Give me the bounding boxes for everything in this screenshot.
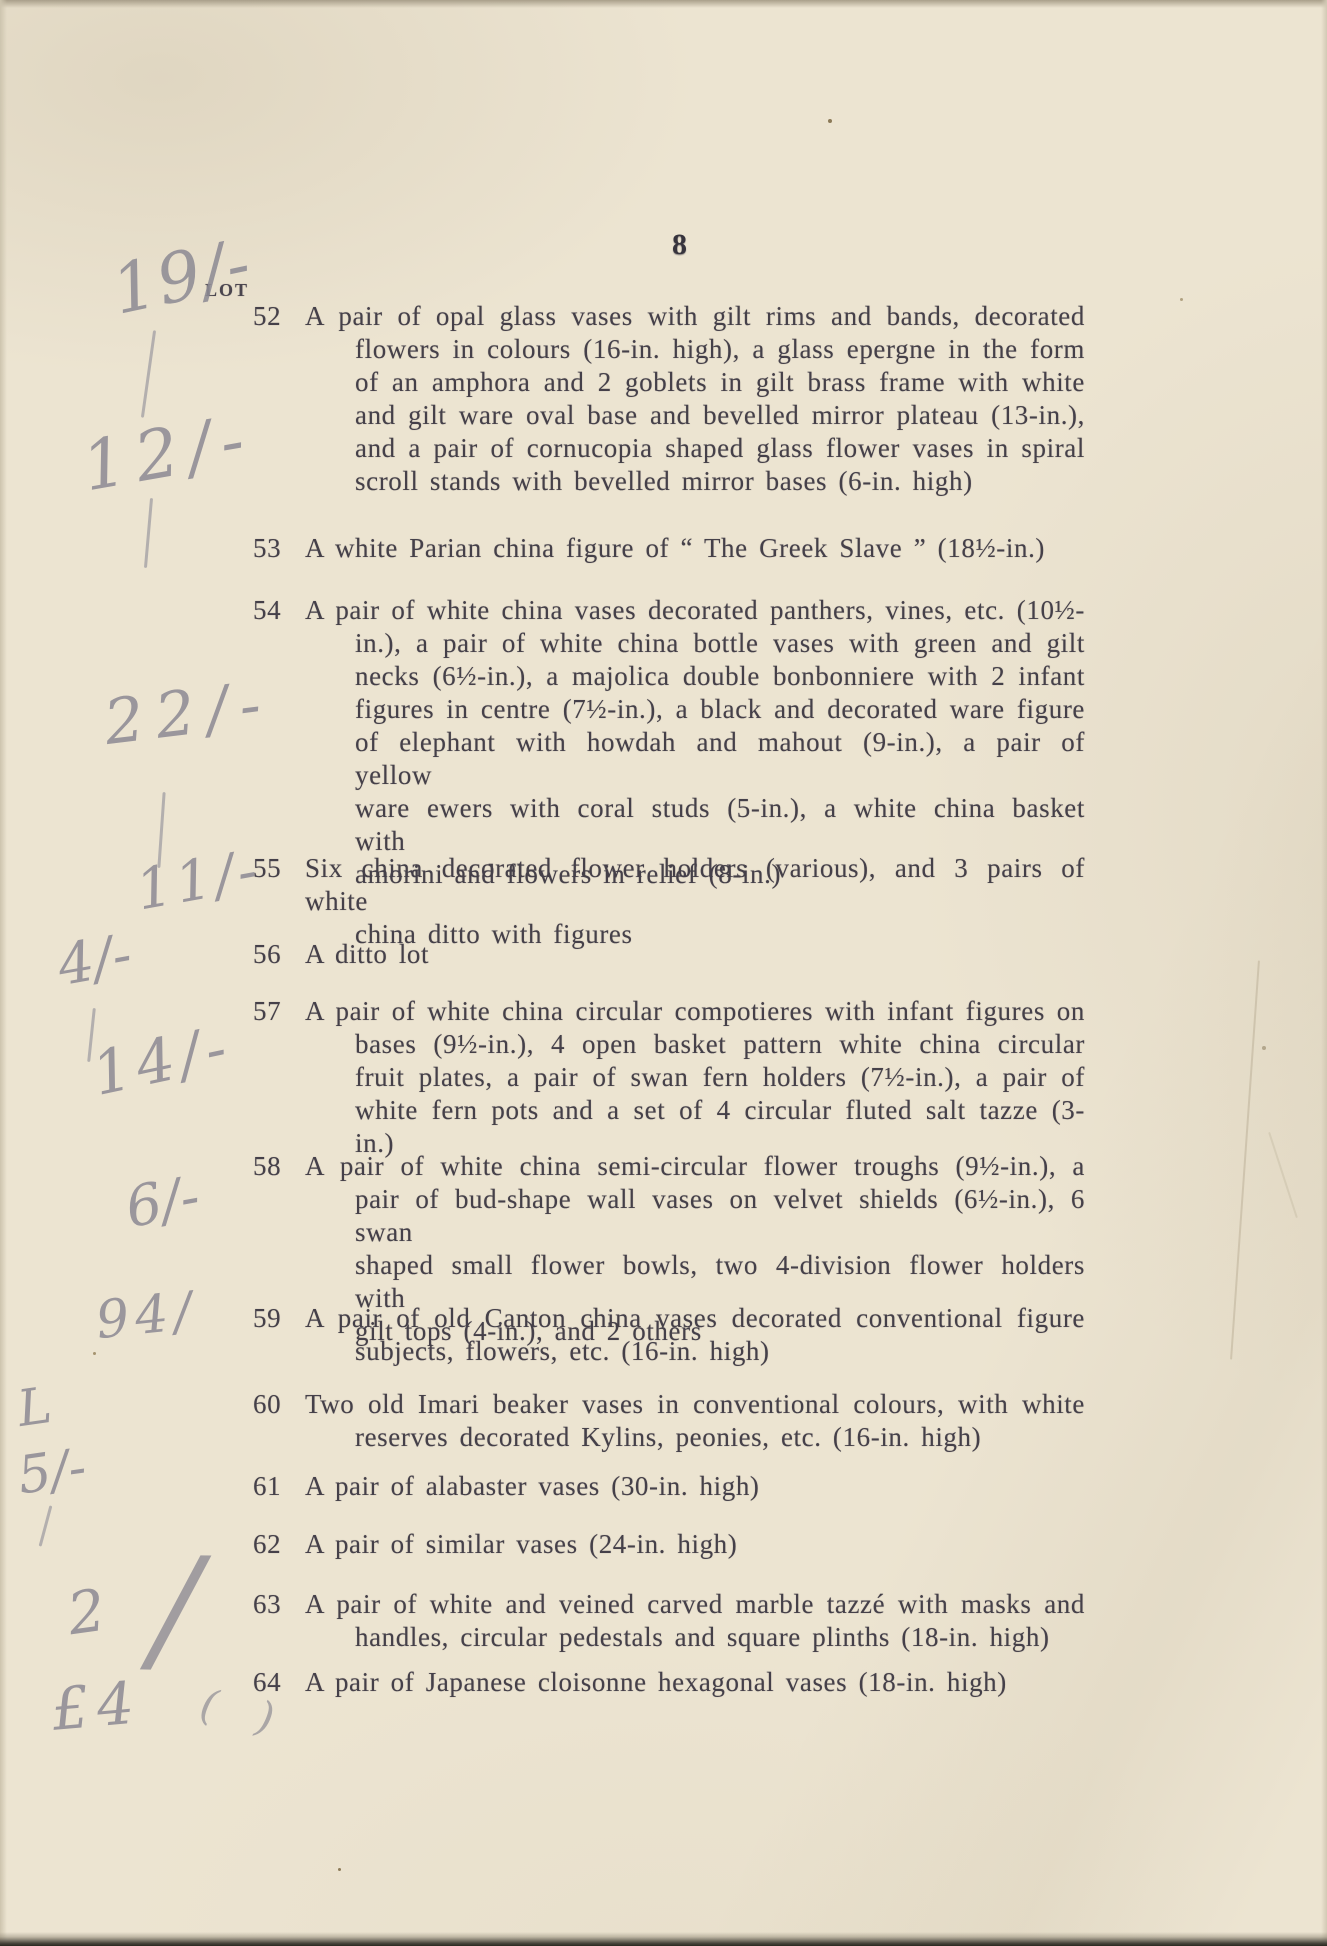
lot-text-line: figures in centre (7½-in.), a black and … — [355, 693, 1085, 726]
lot-number: 54 — [253, 594, 299, 627]
lot-entry-57: 57 A pair of white china circular compot… — [305, 995, 1085, 1160]
lot-entry-62: 62 A pair of similar vases (24-in. high) — [305, 1528, 1085, 1561]
page-edge-top — [0, 0, 1327, 8]
foxing-speck — [93, 1352, 96, 1355]
page-edge-left — [0, 0, 7, 1946]
pencil-price-annotation: 11/- — [131, 838, 265, 924]
foxing-speck — [1180, 298, 1183, 301]
lot-text-line: necks (6½-in.), a majolica double bonbon… — [355, 660, 1085, 693]
foxing-speck — [1262, 1046, 1266, 1050]
pencil-price-annotation: 6/- — [121, 1164, 205, 1241]
lot-text-line: in.), a pair of white china bottle vases… — [355, 627, 1085, 660]
lot-text-line: A pair of similar vases (24-in. high) — [305, 1528, 1085, 1561]
lot-entry-61: 61 A pair of alabaster vases (30-in. hig… — [305, 1470, 1085, 1503]
lot-entry-52: 52 A pair of opal glass vases with gilt … — [305, 300, 1085, 498]
lot-entry-63: 63 A pair of white and veined carved mar… — [305, 1588, 1085, 1654]
lot-number: 60 — [253, 1388, 299, 1421]
lot-text-line: and gilt ware oval base and bevelled mir… — [355, 399, 1085, 432]
lot-text-line: A pair of opal glass vases with gilt rim… — [305, 300, 1085, 333]
pencil-price-annotation: 4/- — [53, 922, 137, 999]
lot-text-line: of an amphora and 2 goblets in gilt bras… — [355, 366, 1085, 399]
lot-number: 57 — [253, 995, 299, 1028]
lot-text-line: ware ewers with coral studs (5-in.), a w… — [355, 792, 1085, 858]
lot-text-line: and a pair of cornucopia shaped glass fl… — [355, 432, 1085, 465]
lot-text-line: Six china decorated flower holders (vari… — [305, 852, 1085, 918]
pencil-price-annotation: 22/- — [100, 666, 276, 759]
lot-text-line: A pair of white china semi-circular flow… — [305, 1150, 1085, 1183]
lot-text-line: reserves decorated Kylins, peonies, etc.… — [355, 1421, 1085, 1454]
lot-number: 61 — [253, 1470, 299, 1503]
lot-text-line: A pair of white china vases decorated pa… — [305, 594, 1085, 627]
lot-text-line: of elephant with howdah and mahout (9-in… — [355, 726, 1085, 792]
pencil-price-annotation: 2 — [63, 1576, 109, 1648]
foxing-speck — [338, 1868, 341, 1871]
lot-entry-54: 54 A pair of white china vases decorated… — [305, 594, 1085, 891]
catalogue-page: { "page": { "page_number": "8", "column_… — [0, 0, 1327, 1946]
lot-entry-64: 64 A pair of Japanese cloisonne hexagona… — [305, 1666, 1085, 1699]
lot-text-line: fruit plates, a pair of swan fern holder… — [355, 1061, 1085, 1094]
lot-entry-59: 59 A pair of old Canton china vases deco… — [305, 1302, 1085, 1368]
foxing-speck — [828, 119, 832, 123]
lot-text-line: A white Parian china figure of “ The Gre… — [305, 532, 1085, 565]
pencil-price-annotation: £4 — [49, 1668, 144, 1744]
lot-entry-53: 53 A white Parian china figure of “ The … — [305, 532, 1085, 565]
pencil-price-annotation: 12/- — [76, 400, 260, 508]
lot-entry-56: 56 A ditto lot — [305, 938, 1085, 971]
pencil-price-annotation: 19/- — [105, 224, 259, 330]
lot-number: 53 — [253, 532, 299, 565]
lot-text-line: A ditto lot — [305, 938, 1085, 971]
pencil-stroke — [141, 330, 156, 418]
lot-number: 52 — [253, 300, 299, 333]
lot-text-line: subjects, flowers, etc. (16-in. high) — [355, 1335, 1085, 1368]
lot-text-line: A pair of white and veined carved marble… — [305, 1588, 1085, 1621]
pencil-price-annotation: 5/- — [14, 1438, 90, 1507]
lot-text-line: A pair of Japanese cloisonne hexagonal v… — [305, 1666, 1085, 1699]
pencil-price-annotation: 14/- — [86, 1012, 238, 1110]
lot-text-line: handles, circular pedestals and square p… — [355, 1621, 1085, 1654]
lot-text-line: scroll stands with bevelled mirror bases… — [355, 465, 1085, 498]
pencil-stroke — [144, 498, 153, 568]
lot-text-line: bases (9½-in.), 4 open basket pattern wh… — [355, 1028, 1085, 1061]
pencil-slash-mark: / — [151, 1528, 201, 1692]
lot-text-line: A pair of old Canton china vases decorat… — [305, 1302, 1085, 1335]
lot-number: 62 — [253, 1528, 299, 1561]
lot-number: 63 — [253, 1588, 299, 1621]
lot-text-line: A pair of alabaster vases (30-in. high) — [305, 1470, 1085, 1503]
paper-crease — [1268, 1132, 1298, 1218]
lot-text-line: pair of bud-shape wall vases on velvet s… — [355, 1183, 1085, 1249]
pencil-stroke — [39, 1505, 53, 1546]
pencil-mark: L — [14, 1376, 55, 1438]
pencil-price-annotation: 94/ — [93, 1281, 200, 1351]
page-number: 8 — [672, 228, 687, 262]
lot-number: 58 — [253, 1150, 299, 1183]
page-edge-right — [1321, 0, 1327, 1946]
lot-text-line: A pair of white china circular compotier… — [305, 995, 1085, 1028]
lot-number: 56 — [253, 938, 299, 971]
page-edge-bottom — [0, 1932, 1327, 1946]
lot-number: 59 — [253, 1302, 299, 1335]
lot-text-line: Two old Imari beaker vases in convention… — [305, 1388, 1085, 1421]
lot-entry-60: 60 Two old Imari beaker vases in convent… — [305, 1388, 1085, 1454]
lot-entry-55: 55 Six china decorated flower holders (v… — [305, 852, 1085, 951]
paper-crease — [1230, 960, 1260, 1359]
lot-text-line: flowers in colours (16-in. high), a glas… — [355, 333, 1085, 366]
